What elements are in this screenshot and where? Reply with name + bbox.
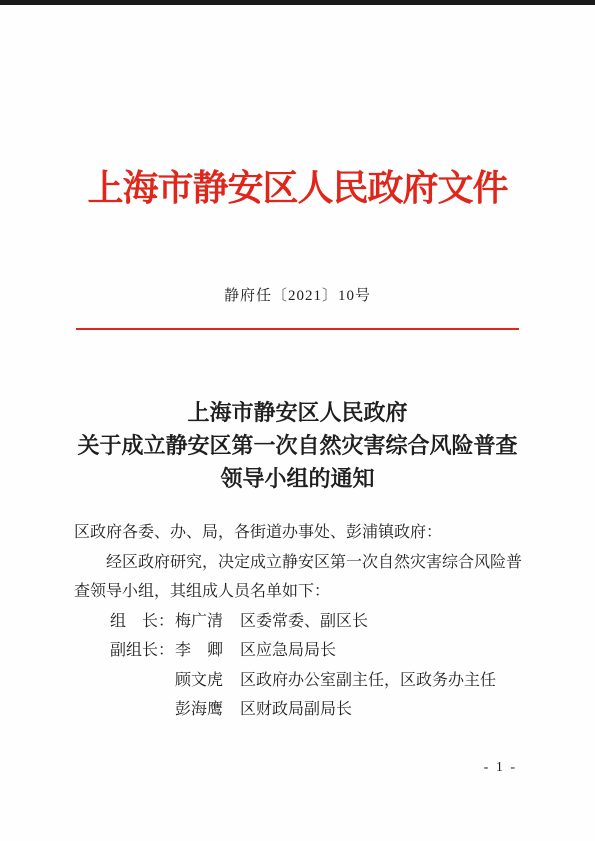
member-name: 彭海鹰 (175, 695, 240, 725)
member-title: 区政府办公室副主任，区政务办主任 (240, 672, 496, 689)
member-row: 副组长：李 卿区应急局局长 (74, 636, 522, 666)
member-title: 区财政局副局长 (240, 701, 352, 718)
member-role: 副组长： (110, 636, 175, 666)
member-row: 组 长：梅广清区委常委、副区长 (74, 607, 522, 637)
doc-title-line-2: 关于成立静安区第一次自然灾害综合风险普查 (40, 429, 555, 462)
document-body: 区政府各委、办、局，各街道办事处、彭浦镇政府： 经区政府研究，决定成立静安区第一… (74, 518, 522, 725)
intro-paragraph: 经区政府研究，决定成立静安区第一次自然灾害综合风险普查领导小组，其组成人员名单如… (74, 548, 522, 607)
document-page: 上海市静安区人民政府文件 静府任〔2021〕10号 上海市静安区人民政府 关于成… (0, 0, 595, 841)
member-role: 组 长： (110, 607, 175, 637)
org-header-title: 上海市静安区人民政府文件 (0, 168, 595, 209)
member-name: 李 卿 (175, 636, 240, 666)
member-row: 彭海鹰区财政局副局长 (74, 695, 522, 725)
member-title: 区委常委、副区长 (240, 613, 368, 630)
salutation: 区政府各委、办、局，各街道办事处、彭浦镇政府： (74, 518, 522, 548)
members-list: 组 长：梅广清区委常委、副区长 副组长：李 卿区应急局局长 顾文虎区政府办公室副… (74, 607, 522, 725)
red-divider-line (76, 328, 519, 330)
doc-number: 静府任〔2021〕10号 (0, 286, 595, 306)
member-row: 顾文虎区政府办公室副主任，区政务办主任 (74, 666, 522, 696)
doc-title: 上海市静安区人民政府 关于成立静安区第一次自然灾害综合风险普查 领导小组的通知 (40, 396, 555, 495)
page-number: - 1 - (484, 760, 517, 776)
member-name: 梅广清 (175, 607, 240, 637)
member-title: 区应急局局长 (240, 642, 336, 659)
scan-top-edge-bar (0, 0, 595, 5)
doc-title-line-1: 上海市静安区人民政府 (40, 396, 555, 429)
doc-title-line-3: 领导小组的通知 (40, 462, 555, 495)
member-name: 顾文虎 (175, 666, 240, 696)
